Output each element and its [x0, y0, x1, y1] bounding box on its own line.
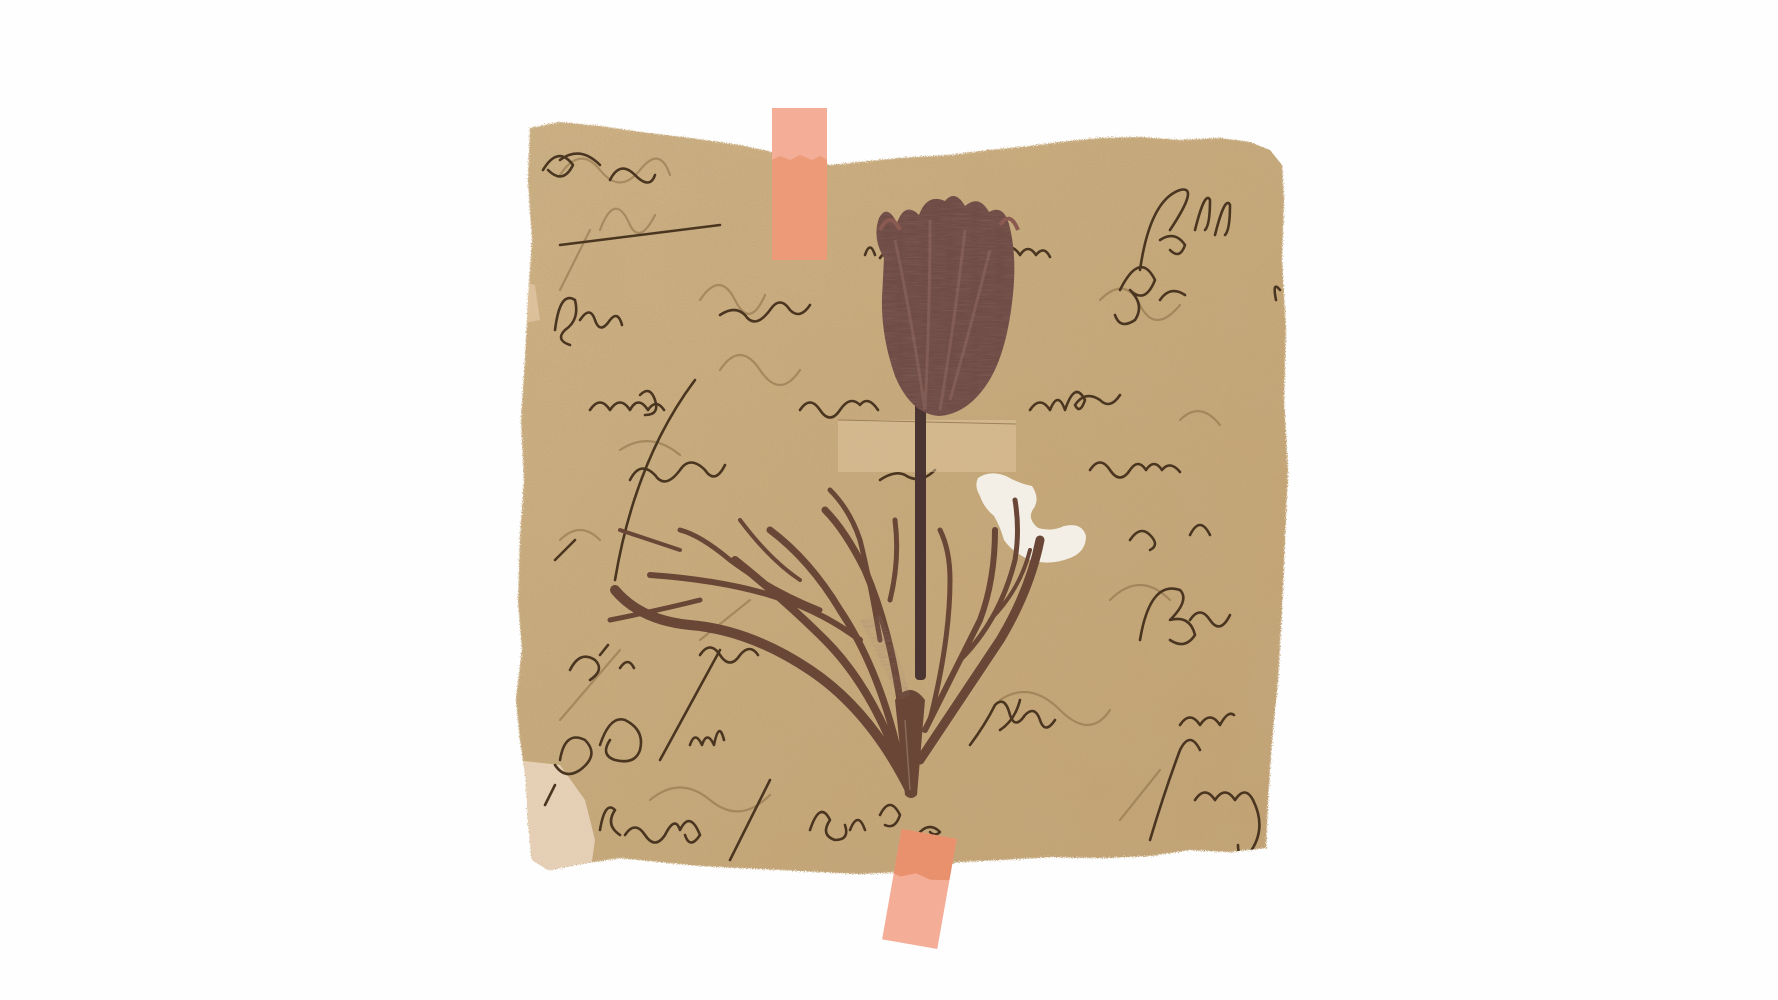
top-tape [772, 108, 827, 260]
collage-artwork [0, 0, 1778, 1000]
clear-tape-strip [838, 420, 1016, 472]
collage-scene [0, 0, 1778, 1000]
flower-stem [915, 400, 926, 680]
